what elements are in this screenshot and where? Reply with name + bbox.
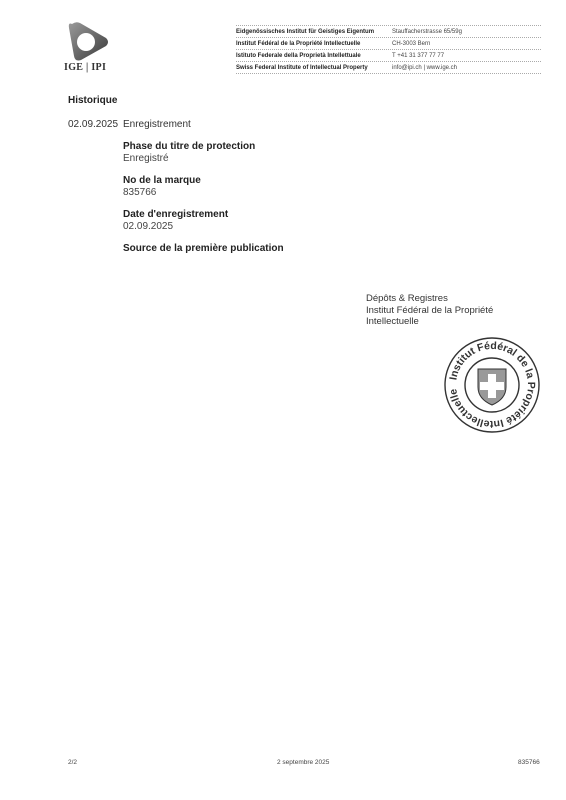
- field-value: 02.09.2025: [123, 221, 228, 233]
- field-value: 835766: [123, 187, 201, 199]
- field-label: Date d'enregistrement: [123, 209, 228, 221]
- field-label: Source de la première publication: [123, 243, 284, 255]
- institute-header: Eidgenössisches Institut für Geistiges E…: [236, 25, 541, 74]
- institute-name-fr: Institut Fédéral de la Propriété Intelle…: [236, 41, 386, 47]
- footer-reference: 835766: [518, 759, 540, 766]
- section-title: Historique: [68, 95, 117, 106]
- field-first-publication-source: Source de la première publication: [123, 243, 284, 255]
- footer-date: 2 septembre 2025: [277, 759, 329, 766]
- field-trademark-number: No de la marque 835766: [123, 175, 201, 199]
- field-value: Enregistré: [123, 153, 255, 165]
- signature-block: Dépôts & Registres Institut Fédéral de l…: [366, 293, 493, 328]
- history-event: Enregistrement: [123, 119, 191, 130]
- institute-name-de: Eidgenössisches Institut für Geistiges E…: [236, 29, 386, 35]
- phone: T +41 31 377 77 77: [386, 53, 444, 59]
- signature-line-1: Dépôts & Registres: [366, 293, 493, 305]
- address-street: Stauffacherstrasse 65/59g: [386, 29, 462, 35]
- logo-text: IGE | IPI: [64, 62, 106, 73]
- signature-line-3: Intellectuelle: [366, 316, 493, 328]
- field-protection-phase: Phase du titre de protection Enregistré: [123, 141, 255, 165]
- institute-name-it: Istituto Federale della Proprietà Intell…: [236, 53, 386, 59]
- field-registration-date: Date d'enregistrement 02.09.2025: [123, 209, 228, 233]
- official-seal-icon: Institut Fédéral de la Propriété Intelle…: [442, 335, 542, 435]
- institute-name-en: Swiss Federal Institute of Intellectual …: [236, 65, 386, 71]
- field-label: No de la marque: [123, 175, 201, 187]
- signature-line-2: Institut Fédéral de la Propriété: [366, 305, 493, 317]
- history-date: 02.09.2025: [68, 119, 118, 130]
- page-number: 2/2: [68, 759, 77, 766]
- field-label: Phase du titre de protection: [123, 141, 255, 153]
- address-city: CH-3003 Bern: [386, 41, 430, 47]
- email-web: info@ipi.ch | www.ige.ch: [386, 65, 457, 71]
